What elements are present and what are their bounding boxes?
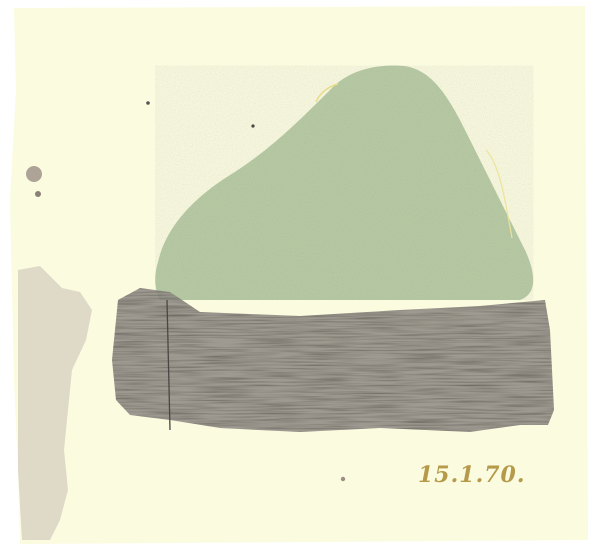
painting: 15.1.70. xyxy=(0,0,600,551)
date-inscription: 15.1.70. xyxy=(418,462,526,488)
